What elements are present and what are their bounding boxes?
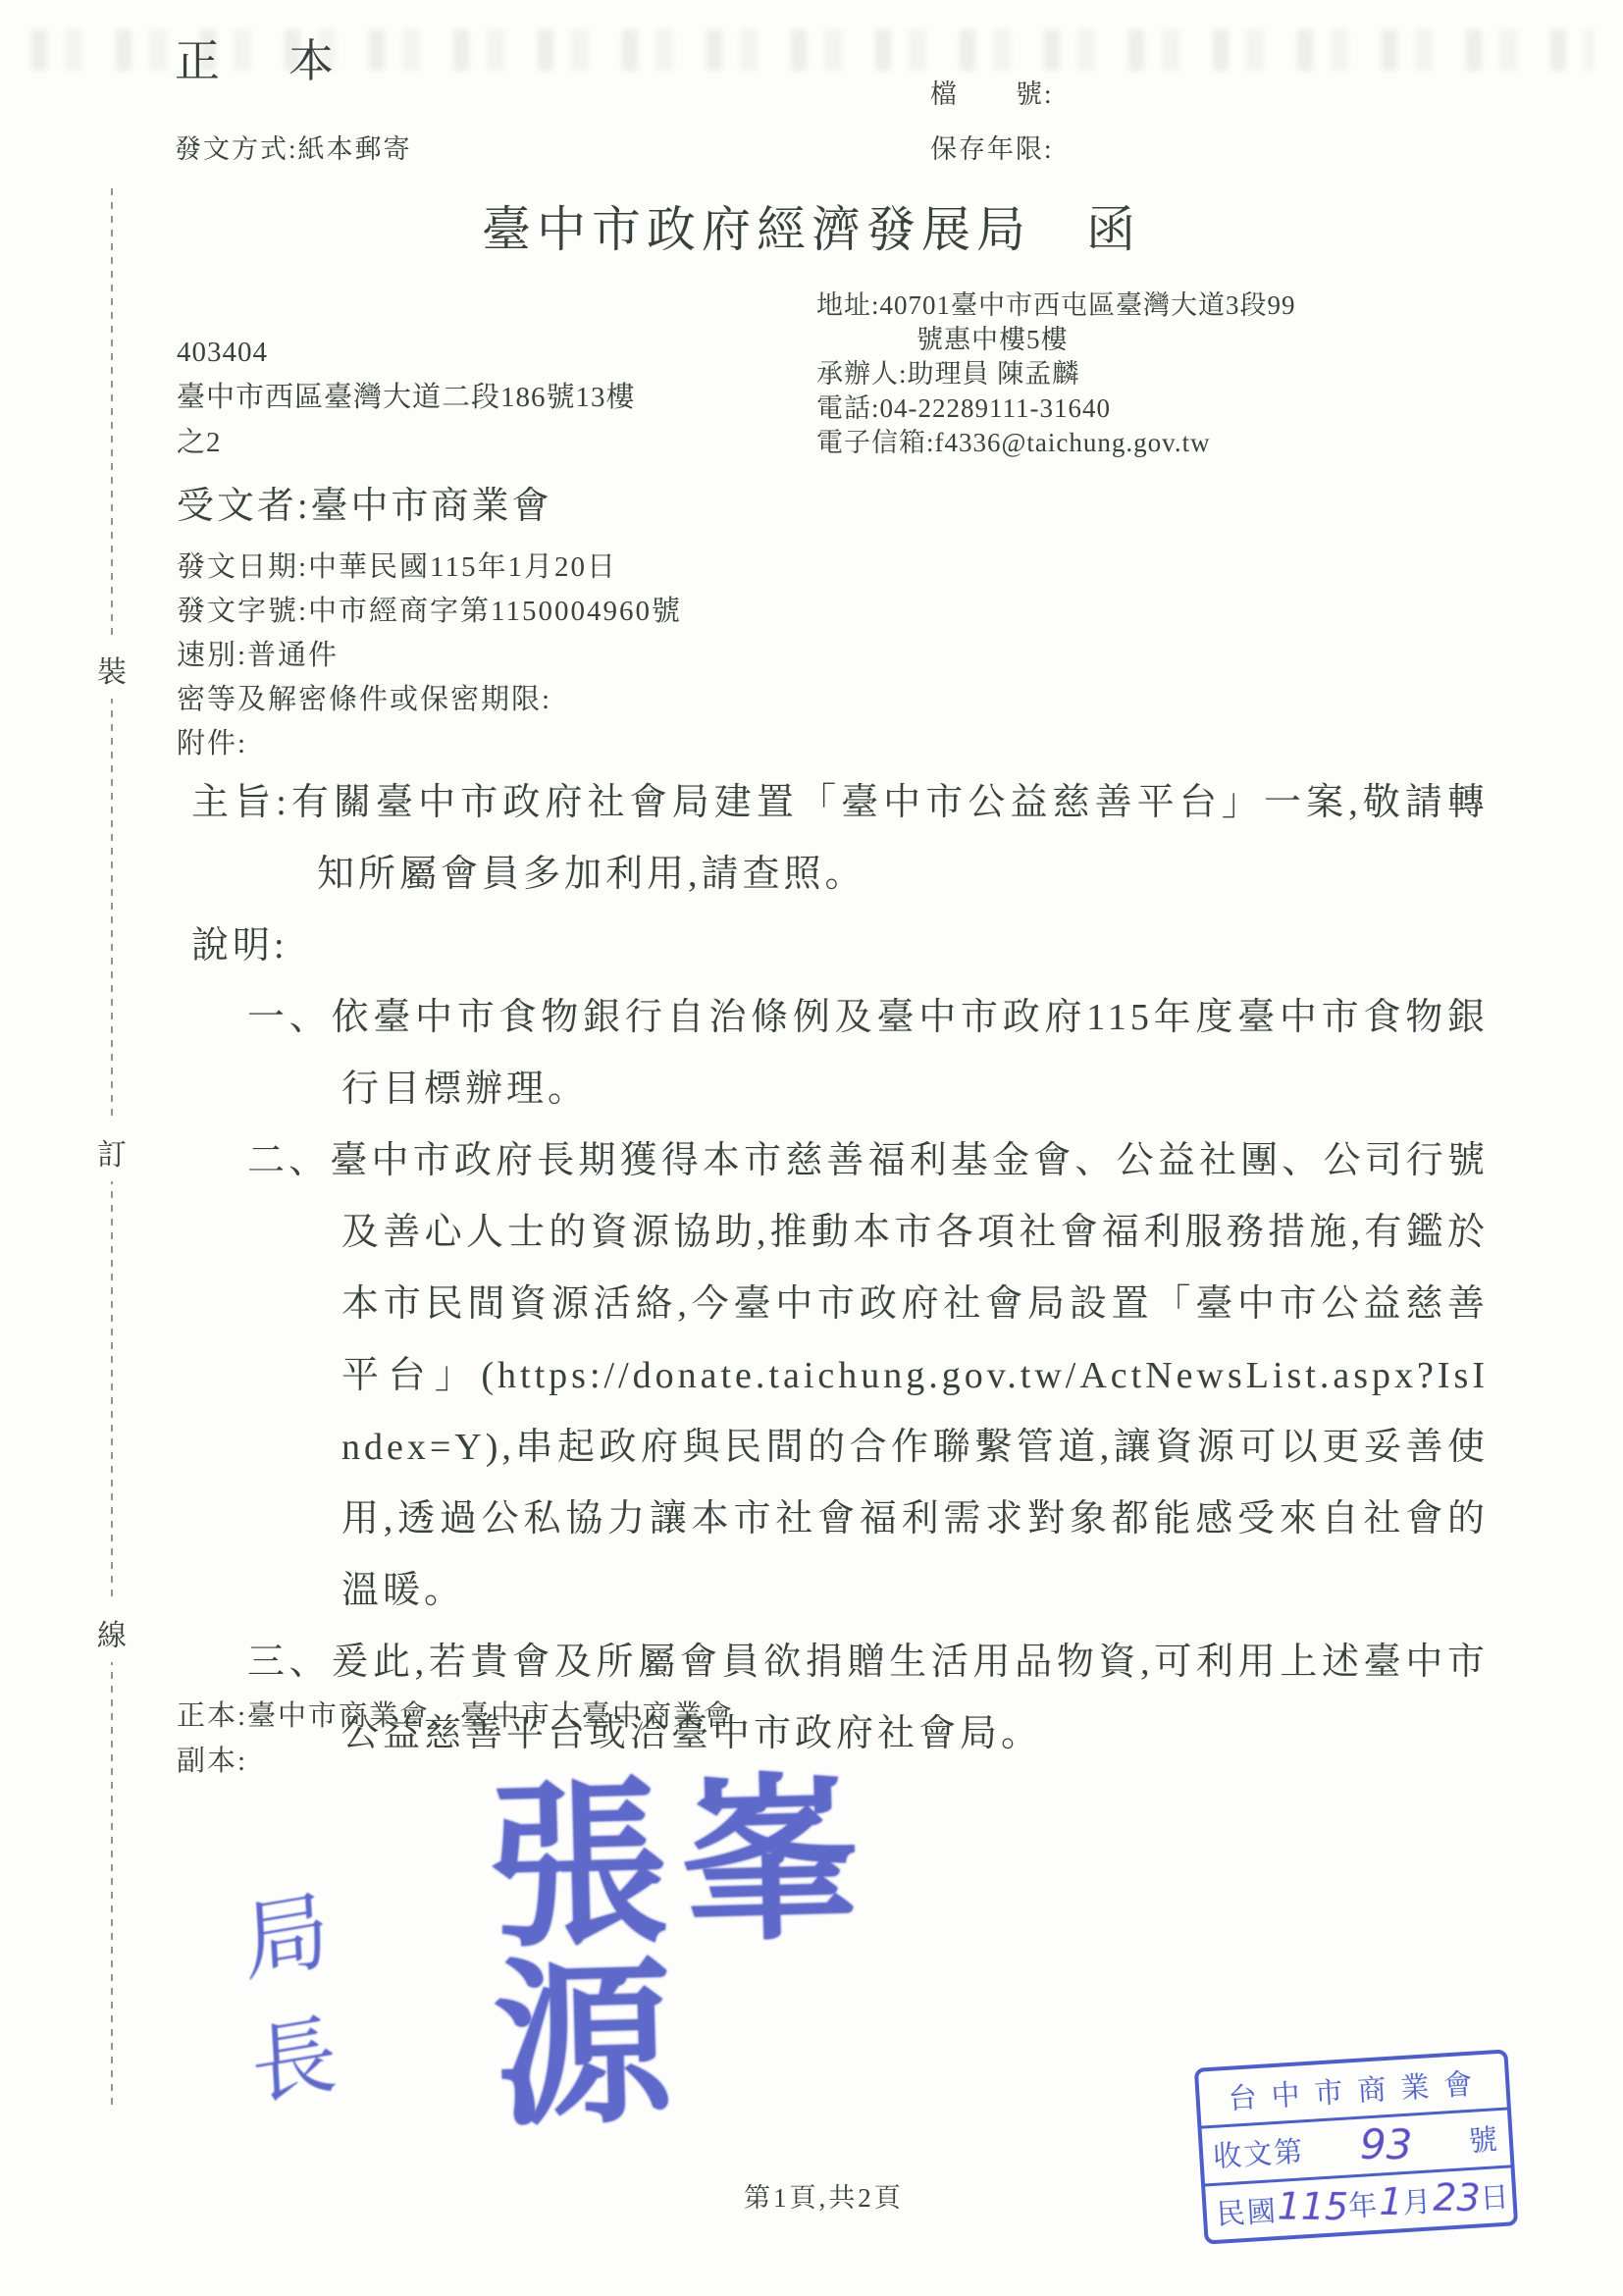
sender-address-line1: 地址:40701臺中市西屯區臺灣大道3段99 [816, 288, 1296, 323]
file-number-label: 檔 號: [930, 67, 1054, 122]
director-title: 局長 [239, 1839, 472, 2123]
document-meta-block: 發文日期:中華民國115年1月20日 發文字號:中市經商字第1150004960… [177, 546, 682, 766]
director-signature-stamp: 局長 張峯源 [240, 1767, 1064, 2146]
sender-address-line2: 號惠中樓5樓 [816, 323, 1296, 357]
retention-period-label: 保存年限: [930, 122, 1054, 177]
security-class: 密等及解密條件或保密期限: [177, 678, 682, 722]
receipt-month-unit: 月 [1401, 2179, 1434, 2221]
copy-type-label: 正 本 [175, 26, 345, 90]
director-name: 張峯源 [487, 1767, 1065, 2139]
subject-label: 主旨: [191, 782, 290, 823]
recipient-line: 受文者:臺中市商業會 [177, 475, 552, 529]
scanned-official-letter: 正 本 發文方式:紙本郵寄 檔 號: 保存年限: 臺中市政府經濟發展局 函 地址… [0, 0, 1623, 2296]
item-1-number: 一、 [247, 997, 332, 1038]
recipient-address-block: 403404 臺中市西區臺灣大道二段186號13樓 之2 [177, 330, 636, 465]
speed-class: 速別:普通件 [177, 634, 682, 678]
subject-paragraph: 主旨:有關臺中市政府社會局建置「臺中市公益慈善平台」一案,敬請轉知所屬會員多加利… [191, 767, 1489, 911]
file-number-block: 檔 號: 保存年限: [930, 67, 1054, 177]
attachment-label: 附件: [177, 722, 682, 766]
item-3-number: 三、 [247, 1642, 331, 1683]
explanation-item-1: 一、依臺中市食物銀行自治條例及臺中市政府115年度臺中市食物銀行目標辦理。 [247, 982, 1489, 1125]
subject-text: 有關臺中市政府社會局建置「臺中市公益慈善平台」一案,敬請轉知所屬會員多加利用,請… [290, 782, 1489, 895]
letter-body: 主旨:有關臺中市政府社會局建置「臺中市公益慈善平台」一案,敬請轉知所屬會員多加利… [191, 767, 1489, 1770]
receipt-month-handwritten: 1 [1379, 2183, 1403, 2220]
receipt-number-suffix: 號 [1468, 2118, 1500, 2161]
receipt-year-handwritten: 115 [1278, 2188, 1349, 2226]
contact-email: 電子信箱:f4336@taichung.gov.tw [816, 426, 1296, 460]
item-2-text: 臺中市政府長期獲得本市慈善福利基金會、公益社團、公司行號及善心人士的資源協助,推… [330, 1140, 1489, 1611]
binding-mark-xian: 線 [95, 1603, 129, 1662]
sender-contact-block: 地址:40701臺中市西屯區臺灣大道3段99 號惠中樓5樓 承辦人:助理員 陳孟… [816, 288, 1296, 460]
receipt-year-unit: 年 [1347, 2183, 1380, 2225]
binding-mark-zhuang: 裝 [95, 640, 129, 699]
delivery-method: 發文方式:紙本郵寄 [175, 128, 412, 166]
receipt-number-handwritten: 93 [1360, 2124, 1413, 2166]
receipt-number-prefix: 收文第 [1212, 2130, 1305, 2176]
explanation-label: 說明: [191, 911, 1489, 982]
original-copy-line: 正本:臺中市商業會、臺中市大臺中商業會 [177, 1694, 734, 1739]
receipt-stamp: 台中市商業會 收文第 93 號 民國 115 年 1 月 23 日 [1194, 2049, 1518, 2244]
contact-phone: 電話:04-22289111-31640 [816, 391, 1296, 426]
item-1-text: 依臺中市食物銀行自治條例及臺中市政府115年度臺中市食物銀行目標辦理。 [332, 997, 1489, 1110]
recipient-postal-code: 403404 [177, 330, 636, 375]
page-number: 第1頁,共2頁 [744, 2176, 904, 2215]
binding-mark-ding: 訂 [95, 1122, 129, 1181]
receipt-day-handwritten: 23 [1433, 2179, 1481, 2217]
issue-number: 發文字號:中市經商字第1150004960號 [177, 590, 682, 634]
item-2-number: 二、 [247, 1140, 330, 1181]
receipt-era-prefix: 民國 [1216, 2189, 1279, 2233]
receipt-day-unit: 日 [1479, 2174, 1511, 2217]
explanation-item-2: 二、臺中市政府長期獲得本市慈善福利基金會、公益社團、公司行號及善心人士的資源協助… [247, 1125, 1489, 1627]
recipient-address-line1: 臺中市西區臺灣大道二段186號13樓 [177, 375, 636, 420]
document-title: 臺中市政府經濟發展局 函 [0, 190, 1623, 261]
issue-date: 發文日期:中華民國115年1月20日 [177, 546, 682, 590]
contact-person: 承辦人:助理員 陳孟麟 [816, 357, 1296, 391]
recipient-address-line2: 之2 [177, 420, 636, 465]
